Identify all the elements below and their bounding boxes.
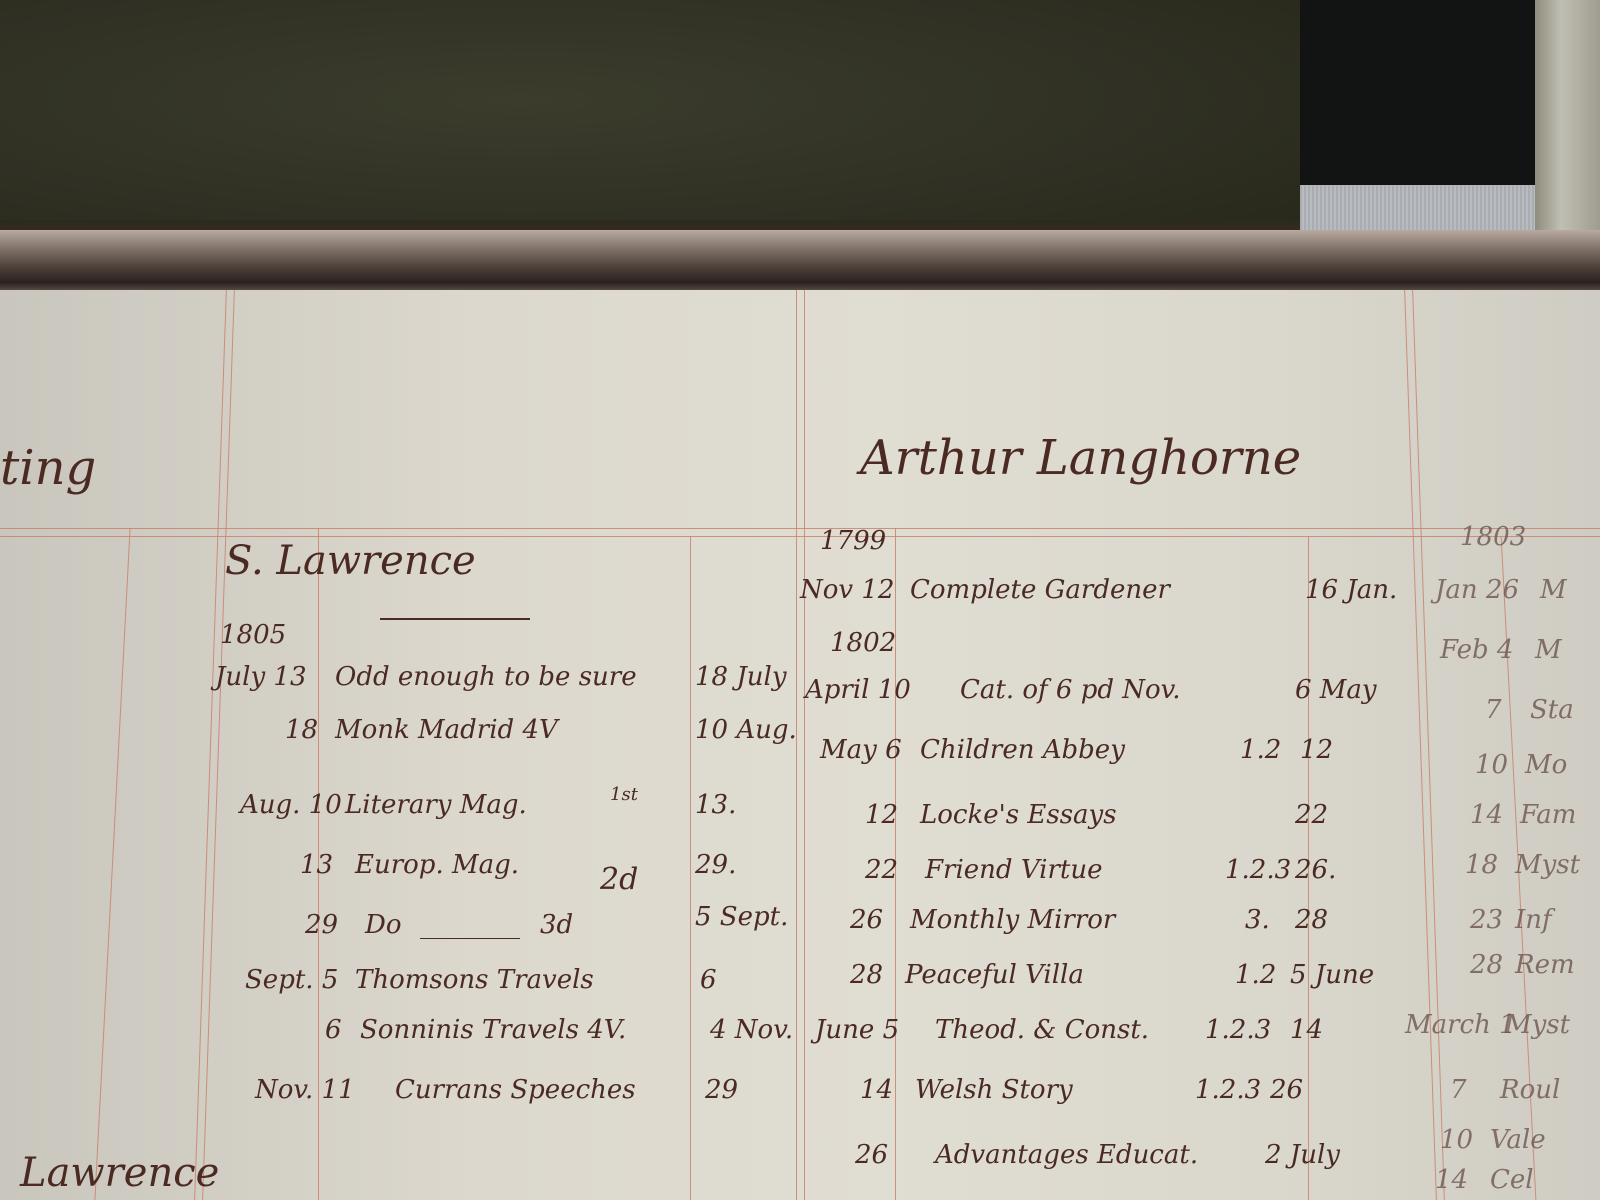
entry-returned: 29 [705,1075,738,1105]
entry-date: 18 [285,715,318,745]
entry-title: Friend Virtue [925,855,1102,885]
entry-date: 10 [1475,750,1508,780]
entry-date: 7 [1450,1075,1467,1105]
entry-date: 28 [1470,950,1503,980]
entry-title: M [1540,575,1567,605]
entry-title: Monk Madrid 4V [335,715,558,745]
entry-title: Advantages Educat. [935,1140,1198,1170]
entry-title: Vale [1490,1125,1546,1155]
entry-date: 18 [1465,850,1498,880]
entry-title: Mo [1525,750,1567,780]
header-rule [0,528,1600,529]
entry-date: 22 [865,855,898,885]
entry-date: 12 [865,800,898,830]
entry-date: 23 [1470,905,1503,935]
entry-date: Aug. 10 [240,790,342,820]
entry-date: 7 [1485,695,1502,725]
entry-returned: 6 [700,965,717,995]
entry-returned: 13. [695,790,736,820]
column-rule [1412,290,1445,1200]
account-year: 1805 [220,620,286,650]
entry-volumes: 1.2 [1235,960,1276,990]
column-rule [194,290,227,1200]
entry-date: May 6 [820,735,902,765]
entry-title: Cel [1490,1165,1534,1195]
column-rule [804,290,805,1200]
entry-date: 26 [855,1140,888,1170]
account-name-lawrence: S. Lawrence [225,538,476,584]
entry-title: Myst [1505,1010,1570,1040]
entry-title: Europ. Mag. [355,850,519,880]
entry-date: 29 [305,910,338,940]
entry-date: 26 [850,905,883,935]
right-year: 1803 [1460,522,1526,552]
entry-returned: 14 [1290,1015,1323,1045]
entry-volume: 1st [610,784,638,805]
account-year: 1802 [830,628,896,658]
entry-date: 28 [850,960,883,990]
entry-title: Theod. & Const. [935,1015,1149,1045]
entry-date: Nov. 11 [255,1075,355,1105]
entry-date: June 5 [815,1015,899,1045]
entry-returned: 28 [1295,905,1328,935]
entry-returned: 2 July [1265,1140,1340,1170]
ledger-cover [0,0,1300,250]
entry-title: Monthly Mirror [910,905,1115,935]
entry-title: Sonninis Travels 4V. [360,1015,626,1045]
entry-date: July 13 [215,662,307,692]
entry-title: Sta [1530,695,1574,725]
entry-volumes: 3. [1245,905,1270,935]
entry-volume: 2d [600,862,638,897]
entry-title: Literary Mag. [345,790,527,820]
entry-date: Nov 12 [800,575,894,605]
entry-date: 14 [1470,800,1503,830]
entry-returned: 5 Sept. [695,902,788,932]
column-rule [1404,290,1437,1200]
entry-returned: 6 May [1295,675,1377,705]
ledger-page: ting Lawrence S. Lawrence 1805 July 13 O… [0,290,1600,1200]
entry-title: Do [365,910,402,940]
entry-returned: 4 Nov. [710,1015,793,1045]
background-dark-panel [1300,0,1540,185]
entry-returned: 16 Jan. [1305,575,1397,605]
column-rule [796,290,797,1200]
entry-title: Myst [1515,850,1580,880]
entry-title: Locke's Essays [920,800,1117,830]
entry-returned: 12 [1300,735,1333,765]
header-rule-double [0,536,1600,537]
account-name-langhorne: Arthur Langhorne [860,430,1301,486]
entry-title: Complete Gardener [910,575,1170,605]
entry-date: 10 [1440,1125,1473,1155]
entry-date: 14 [860,1075,893,1105]
entry-returned: 26 [1270,1075,1303,1105]
name-underline [380,618,530,620]
entry-title: Currans Speeches [395,1075,636,1105]
entry-date: Jan 26 [1435,575,1519,605]
column-rule [94,528,130,1200]
entry-title: Rem [1515,950,1575,980]
entry-date: 14 [1435,1165,1468,1195]
ditto-line [420,938,520,939]
column-rule [202,290,235,1200]
entry-date: Feb 4 [1440,635,1513,665]
entry-title: Cat. of 6 pd Nov. [960,675,1181,705]
entry-volumes: 1.2.3 [1205,1015,1271,1045]
entry-title: Inf [1515,905,1552,935]
entry-volumes: 1.2.3 [1195,1075,1261,1105]
entry-returned: 26. [1295,855,1336,885]
account-year: 1799 [820,526,886,556]
left-heading-fragment: ting [0,440,96,496]
column-rule [690,536,691,1200]
entry-title: Fam [1520,800,1576,830]
entry-title: Welsh Story [915,1075,1073,1105]
entry-returned: 29. [695,850,736,880]
entry-title: Roul [1500,1075,1560,1105]
entry-returned: 5 June [1290,960,1374,990]
entry-date: 13 [300,850,333,880]
entry-volume: 3d [540,910,573,940]
entry-volumes: 1.2 [1240,735,1281,765]
entry-volumes: 1.2.3 [1225,855,1291,885]
entry-date: Sept. 5 [245,965,338,995]
entry-returned: 18 July [695,662,787,692]
entry-title: Odd enough to be sure [335,662,637,692]
bottom-name-fragment: Lawrence [20,1150,219,1196]
entry-date: 6 [325,1015,342,1045]
entry-date: April 10 [805,675,911,705]
entry-date: March 1 [1405,1010,1516,1040]
entry-title: Thomsons Travels [355,965,594,995]
entry-title: Children Abbey [920,735,1125,765]
entry-title: Peaceful Villa [905,960,1084,990]
entry-returned: 10 Aug. [695,715,797,745]
entry-returned: 22 [1295,800,1328,830]
entry-title: M [1535,635,1562,665]
